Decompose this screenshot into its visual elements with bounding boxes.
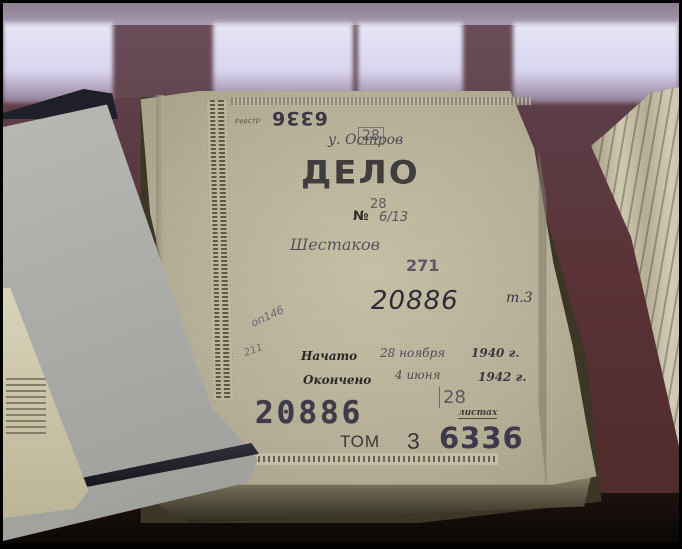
volume-label: ТОМ bbox=[340, 432, 380, 452]
archive-photograph: Реестр 6336 28 у. Остров ДЕЛО 28 № 6/13 … bbox=[3, 3, 679, 543]
handwritten-surname: Шестаков bbox=[290, 235, 380, 254]
back-wall bbox=[3, 3, 679, 25]
handwritten-volume: т.3 bbox=[506, 290, 533, 306]
started-year: 1940 г. bbox=[471, 346, 520, 360]
top-stamp-number: 6336 bbox=[271, 107, 328, 129]
printed-border-top bbox=[231, 97, 531, 105]
handwritten-top-note: у. Остров bbox=[328, 132, 403, 148]
window-glare bbox=[513, 23, 679, 103]
window-glare bbox=[3, 23, 113, 103]
started-date: 28 ноября bbox=[380, 346, 445, 360]
sheets-label: листах bbox=[458, 408, 497, 419]
ended-label: Окончено bbox=[303, 373, 371, 387]
case-number-stamp: 20886 bbox=[255, 395, 363, 431]
started-label: Начато bbox=[301, 349, 357, 363]
number-label: № bbox=[353, 209, 369, 224]
number-value: 6/13 bbox=[379, 210, 408, 225]
handwritten-case-number: 20886 bbox=[371, 286, 459, 316]
volume-value: 3 bbox=[407, 428, 420, 455]
bottom-stamp-number: 6336 bbox=[439, 421, 524, 455]
stamp-271: 271 bbox=[406, 256, 439, 275]
ended-date: 4 июня bbox=[395, 368, 441, 382]
sheets-count: 28 bbox=[439, 387, 466, 408]
photo-frame: Реестр 6336 28 у. Остров ДЕЛО 28 № 6/13 … bbox=[0, 0, 682, 549]
folder-title: ДЕЛО bbox=[301, 154, 420, 192]
ended-year: 1942 г. bbox=[478, 370, 527, 384]
